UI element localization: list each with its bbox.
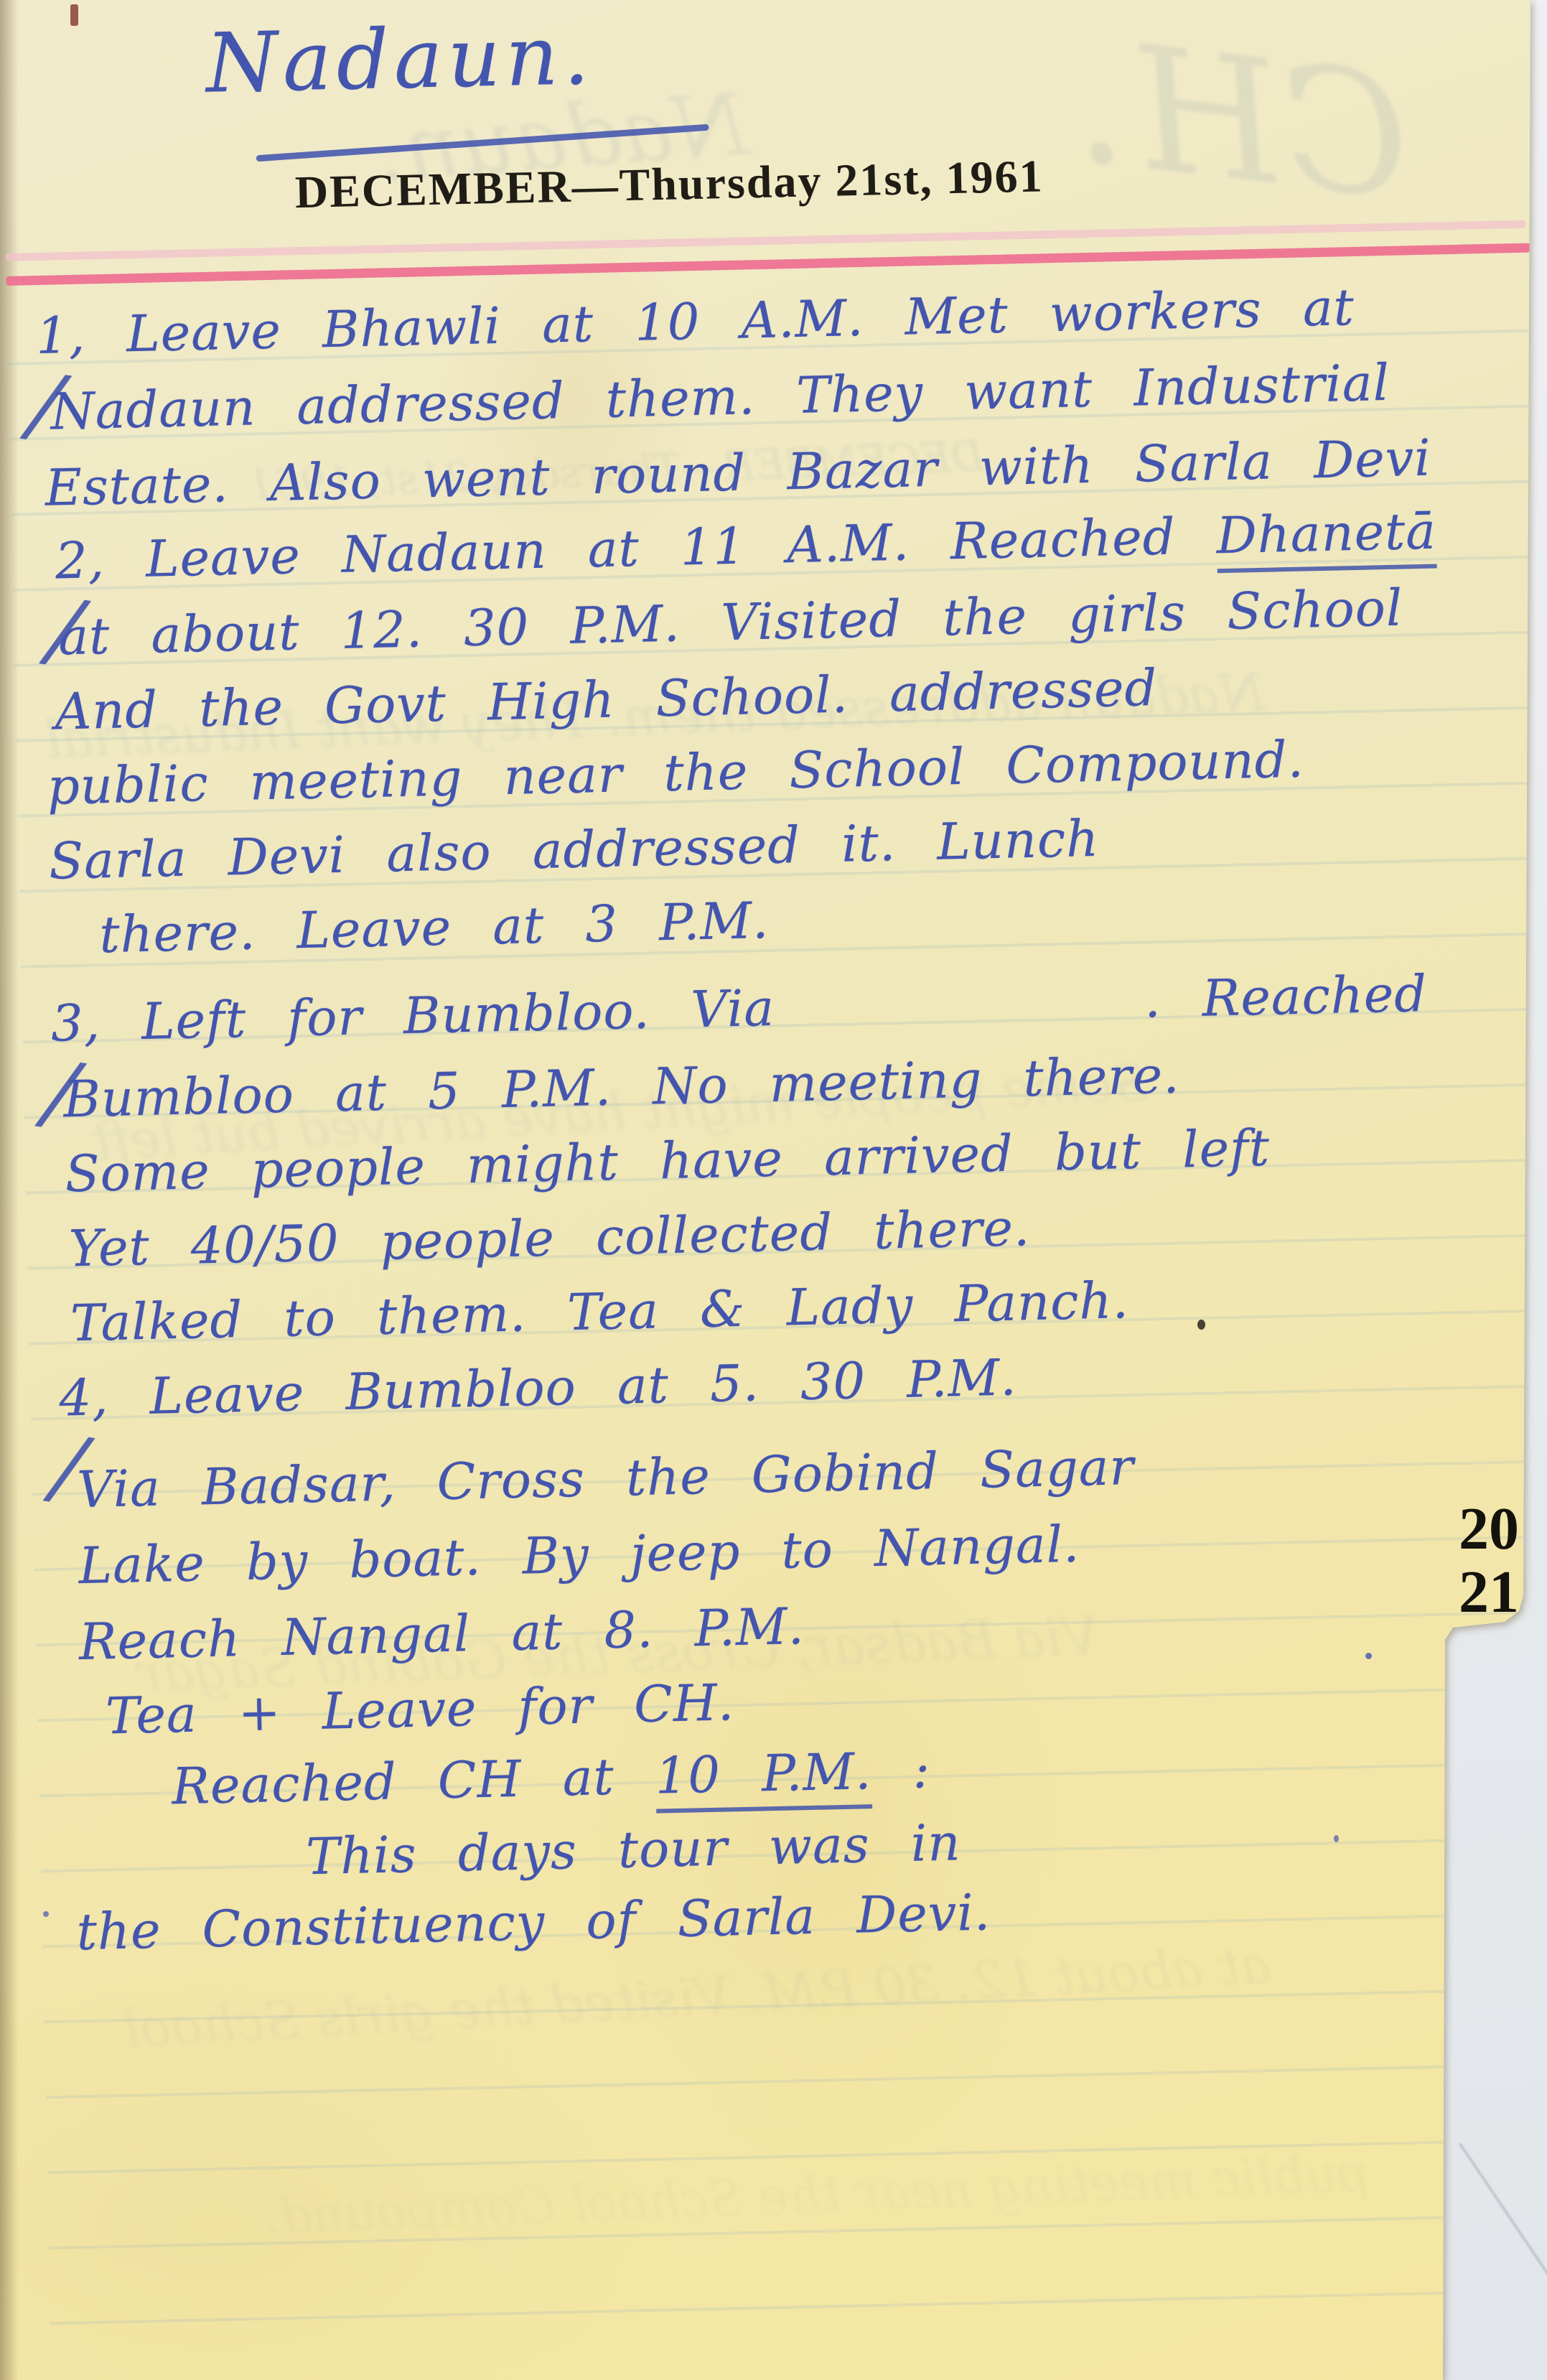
- diary-page-wrap: Nadaun.CH.DECEMBER—Thursday 21st, 1961Na…: [0, 0, 1547, 2380]
- ink-dot: [1334, 1835, 1339, 1842]
- diary-page: Nadaun.CH.DECEMBER—Thursday 21st, 1961Na…: [0, 0, 1547, 2380]
- ink-speck: [1197, 1320, 1205, 1330]
- ink-dot: [43, 1911, 49, 1917]
- handwritten-title: Nadaun.: [205, 7, 596, 111]
- scanner-background: Nadaun.CH.DECEMBER—Thursday 21st, 1961Na…: [0, 0, 1547, 2380]
- edge-mark: [70, 4, 78, 26]
- page-number-bottom: 21: [1450, 1561, 1528, 1624]
- diary-scan: { "document": { "handwritten_title": "Na…: [0, 0, 1547, 2380]
- page-number-top: 20: [1450, 1498, 1528, 1561]
- ink-dot: [1365, 1653, 1372, 1659]
- page-content: Nadaun.CH.DECEMBER—Thursday 21st, 1961Na…: [0, 0, 1547, 2379]
- page-numbers: 20 21: [1450, 1498, 1528, 1624]
- ink-bleed-ghost: CH.: [1070, 4, 1420, 238]
